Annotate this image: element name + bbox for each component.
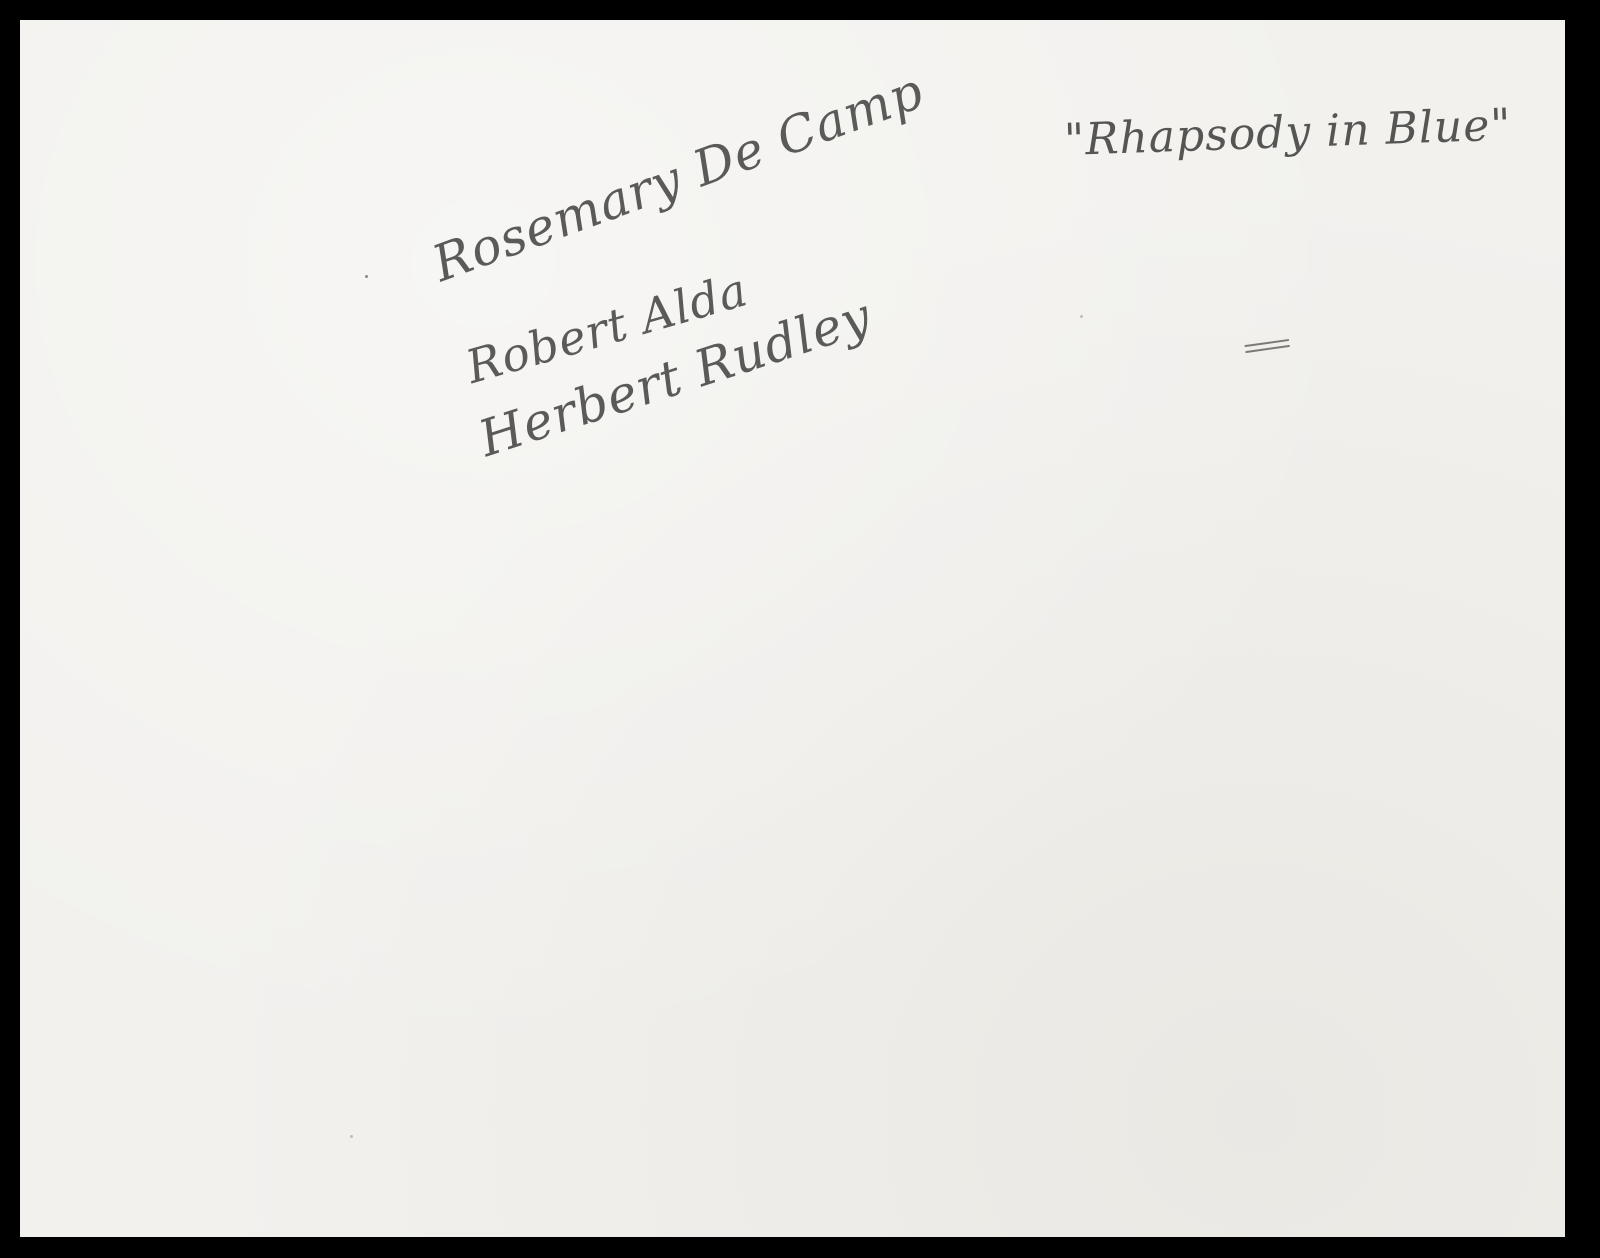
cast-name-1: Rosemary De Camp bbox=[425, 62, 931, 293]
paper-speck bbox=[350, 1135, 353, 1138]
film-title-note: "Rhapsody in Blue" bbox=[1063, 99, 1512, 166]
equals-pencil-mark bbox=[1244, 339, 1290, 357]
paper-speck bbox=[365, 275, 368, 278]
photo-reverse-paper: "Rhapsody in Blue" Rosemary De Camp Robe… bbox=[20, 20, 1565, 1237]
paper-speck bbox=[1080, 315, 1083, 318]
